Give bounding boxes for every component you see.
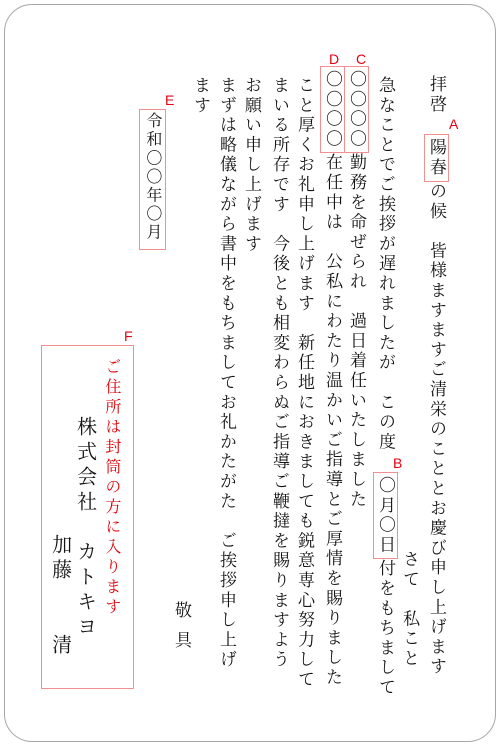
sender-box: ご住所は封筒の方に入ります 株式会社 カトキヨ 加藤 清 <box>41 345 134 689</box>
tenure-placeholder-box: 〇〇〇〇 <box>320 66 345 153</box>
sender-company: 株式会社 カトキヨ <box>72 416 96 641</box>
letter-line-8: お願い申し上げます <box>241 76 261 254</box>
letter-line-opening: 拝啓 陽春の候 皆様ますますご清栄のこととお慶び申し上げます <box>426 75 446 677</box>
season-placeholder-box: 陽春 <box>424 134 449 182</box>
date-line-box: 令和〇〇年〇月 <box>139 109 166 250</box>
line3-pre: 急なことでご挨拶が遅れましたが この度 <box>376 76 395 472</box>
letter-line-10: ます <box>190 76 210 116</box>
letter-line-9: まずは略儀ながら書中をもちましてお礼かたがた ご挨拶申し上げ <box>216 76 236 670</box>
opening-post: の候 皆様ますますご清栄のこととお慶び申し上げます <box>427 182 446 677</box>
date-line-text: 令和〇〇年〇月 <box>142 112 161 242</box>
annotation-label-e: E <box>165 93 174 107</box>
annotation-label-f: F <box>124 329 133 343</box>
letter-closing: 敬具 <box>171 601 191 661</box>
letter-line-4: 〇〇〇〇勤務を命ぜられ 過日着任いたしました <box>346 66 366 510</box>
letter-line-7: まいる所存です 今後とも相変わらぬご指導ご鞭撻を賜りますよう <box>269 76 289 670</box>
annotation-label-d: D <box>329 52 339 66</box>
sender-name: 加藤 清 <box>47 534 71 659</box>
opening-pre: 拝啓 <box>427 75 446 134</box>
letter-line-3: 急なことでご挨拶が遅れましたが この度 〇月〇日付をもちまして <box>375 76 395 698</box>
sender-address-note: ご住所は封筒の方に入ります <box>101 358 120 618</box>
date-placeholder-box: 〇月〇日 <box>373 472 398 559</box>
line5-post: 在任中は 公私にわたり温かいご指導とご厚情を賜りました <box>323 153 342 688</box>
line4-post: 勤務を命ぜられ 過日着任いたしました <box>347 153 366 509</box>
workplace-placeholder-box: 〇〇〇〇 <box>344 66 369 153</box>
letter-line-5: 〇〇〇〇在任中は 公私にわたり温かいご指導とご厚情を賜りました <box>322 66 342 688</box>
annotation-label-a: A <box>449 117 458 131</box>
line3-post: 付をもちまして <box>376 559 395 698</box>
letter-line-6: こと厚くお礼申し上げます 新任地におきましても鋭意専心努力して <box>294 76 314 690</box>
letter-preview-page: 拝啓 陽春の候 皆様ますますご清栄のこととお慶び申し上げます さて 私こと 急な… <box>0 0 500 748</box>
annotation-label-c: C <box>356 52 366 66</box>
annotation-label-b: B <box>393 456 402 470</box>
letter-line-transition: さて 私こと <box>399 550 419 669</box>
